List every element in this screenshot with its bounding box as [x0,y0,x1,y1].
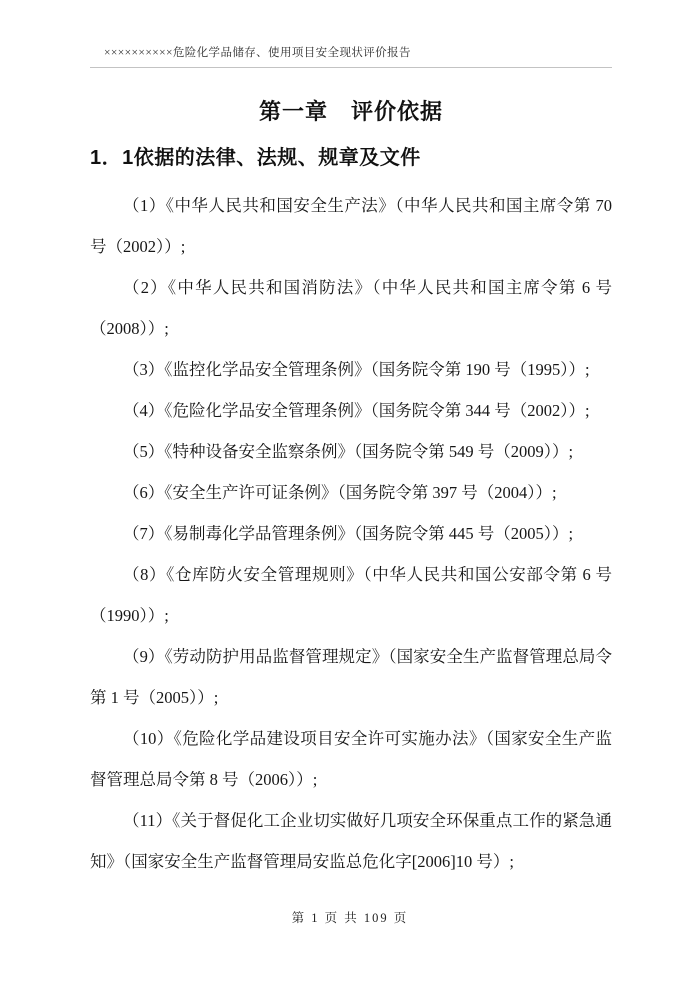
page-footer: 第 1 页 共 109 页 [0,908,700,927]
legal-reference-item-5: （5）《特种设备安全监察条例》（国务院令第 549 号（2009））; [90,431,612,472]
legal-reference-item-1: （1）《中华人民共和国安全生产法》（中华人民共和国主席令第 70 号（2002）… [90,185,612,267]
page-content: 第一章 评价依据 1．1依据的法律、法规、规章及文件 （1）《中华人民共和国安全… [90,66,612,882]
legal-reference-item-2: （2）《中华人民共和国消防法》（中华人民共和国主席令第 6 号（2008））; [90,267,612,349]
chapter-title: 第一章 评价依据 [90,95,612,126]
legal-reference-item-7: （7）《易制毒化学品管理条例》（国务院令第 445 号（2005））; [90,513,612,554]
section-heading: 1．1依据的法律、法规、规章及文件 [90,141,612,170]
document-page: ××××××××××危险化学品储存、使用项目安全现状评价报告 第一章 评价依据 … [0,0,700,990]
page-header: ××××××××××危险化学品储存、使用项目安全现状评价报告 [90,44,612,68]
body-paragraphs: （1）《中华人民共和国安全生产法》（中华人民共和国主席令第 70 号（2002）… [90,185,612,882]
legal-reference-item-8: （8）《仓库防火安全管理规则》（中华人民共和国公安部令第 6 号（1990））; [90,554,612,636]
legal-reference-item-9: （9）《劳动防护用品监督管理规定》（国家安全生产监督管理总局令第 1 号（200… [90,636,612,718]
legal-reference-item-3: （3）《监控化学品安全管理条例》（国务院令第 190 号（1995））; [90,349,612,390]
page-number: 第 1 页 共 109 页 [292,911,409,925]
legal-reference-item-10: （10）《危险化学品建设项目安全许可实施办法》（国家安全生产监督管理总局令第 8… [90,718,612,800]
header-title: ××××××××××危险化学品储存、使用项目安全现状评价报告 [90,44,612,60]
legal-reference-item-4: （4）《危险化学品安全管理条例》（国务院令第 344 号（2002））; [90,390,612,431]
legal-reference-item-11: （11）《关于督促化工企业切实做好几项安全环保重点工作的紧急通知》（国家安全生产… [90,800,612,882]
legal-reference-item-6: （6）《安全生产许可证条例》（国务院令第 397 号（2004））; [90,472,612,513]
